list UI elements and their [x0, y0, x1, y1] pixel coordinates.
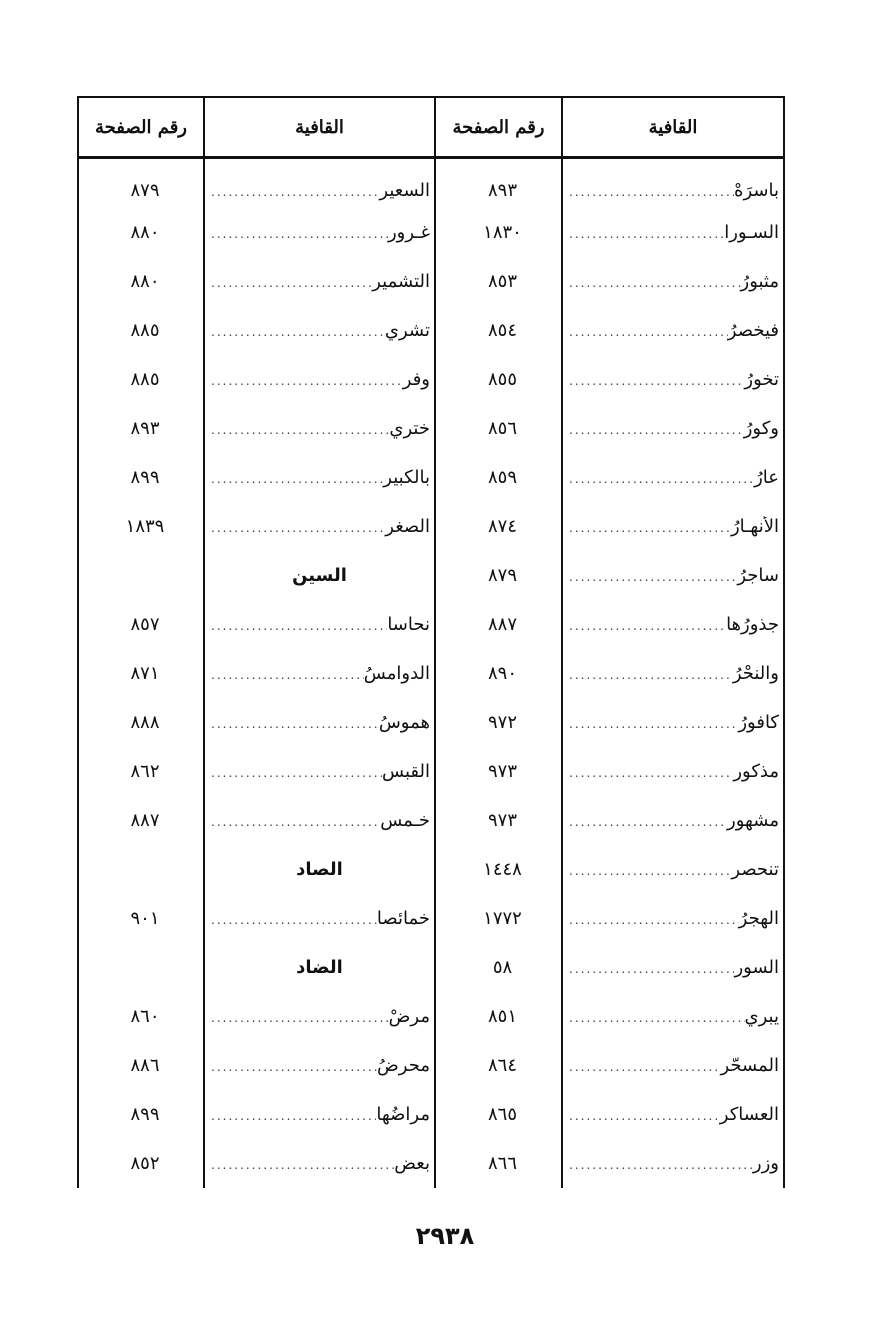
- page-number-cell-left: ٨٥٧: [78, 600, 204, 649]
- page-number-cell-right: ٨٨٧: [435, 600, 562, 649]
- rhyme-entry: غـرور: [211, 222, 430, 243]
- rhyme-word: يبري: [745, 1006, 779, 1027]
- table-row: وكورُ٨٥٦ختري٨٩٣: [78, 404, 784, 453]
- rhyme-cell-right: مذكور: [562, 747, 784, 796]
- table-row: يبري٨٥١مرضْ٨٦٠: [78, 992, 784, 1041]
- rhyme-word: الصغر: [385, 516, 430, 537]
- rhyme-word: المسحّر: [721, 1055, 780, 1076]
- table-row: فيخصرُ٨٥٤تشري٨٨٥: [78, 306, 784, 355]
- rhyme-index-table: القافية رقم الصفحة القافية رقم الصفحة با…: [77, 96, 785, 1188]
- rhyme-entry: العساكرِ: [569, 1104, 779, 1125]
- dot-leader: [569, 374, 744, 388]
- rhyme-entry: السـورا: [569, 222, 779, 243]
- rhyme-entry: خـمسِ: [211, 810, 430, 831]
- section-heading: الضاد: [204, 943, 435, 992]
- rhyme-entry: مرضْ: [211, 1006, 430, 1027]
- table-row: باسرَهْ٨٩٣السعير٨٧٩: [78, 158, 784, 209]
- rhyme-entry: مراضُها: [211, 1104, 430, 1125]
- page-number-cell-right: ٨٦٤: [435, 1041, 562, 1090]
- rhyme-word: باسرَهْ: [734, 180, 779, 201]
- table-header-row: القافية رقم الصفحة القافية رقم الصفحة: [78, 97, 784, 158]
- table-row: كافورُ٩٧٢هموسُ٨٨٨: [78, 698, 784, 747]
- rhyme-word: الهجرُ: [739, 908, 779, 929]
- page-number-cell-right: ٩٧٣: [435, 747, 562, 796]
- dot-leader: [569, 325, 728, 339]
- rhyme-cell-right: وزرِ: [562, 1139, 784, 1188]
- header-page-left: رقم الصفحة: [78, 97, 204, 158]
- rhyme-cell-right: السـورا: [562, 208, 784, 257]
- page-number-cell-right: ٨٥٣: [435, 257, 562, 306]
- rhyme-word: وزرِ: [753, 1153, 779, 1174]
- page-number-cell-left: ٨٨٠: [78, 208, 204, 257]
- dot-leader: [211, 185, 379, 199]
- rhyme-word: كافورُ: [738, 712, 779, 733]
- rhyme-word: وفرِ: [403, 369, 430, 390]
- table-row: السـورا١٨٣٠غـرور٨٨٠: [78, 208, 784, 257]
- rhyme-entry: يبري: [569, 1006, 779, 1027]
- rhyme-cell-left: بالكبير: [204, 453, 435, 502]
- table-row: تخورُ٨٥٥وفرِ٨٨٥: [78, 355, 784, 404]
- page-number-cell-left: ٨٦٠: [78, 992, 204, 1041]
- page-number-cell-left: ٨٨٧: [78, 796, 204, 845]
- rhyme-cell-right: وكورُ: [562, 404, 784, 453]
- rhyme-word: خـمسِ: [380, 810, 430, 831]
- dot-leader: [569, 185, 734, 199]
- rhyme-cell-right: تنحصر: [562, 845, 784, 894]
- dot-leader: [211, 521, 385, 535]
- rhyme-word: مرضْ: [389, 1006, 430, 1027]
- rhyme-word: السورِ: [734, 957, 779, 978]
- rhyme-entry: تنحصر: [569, 859, 779, 880]
- rhyme-entry: وزرِ: [569, 1153, 779, 1174]
- rhyme-cell-left: هموسُ: [204, 698, 435, 747]
- rhyme-entry: مثبورُ: [569, 271, 779, 292]
- rhyme-word: والنحْرُ: [733, 663, 779, 684]
- dot-leader: [569, 276, 741, 290]
- rhyme-entry: نحاسا: [211, 614, 430, 635]
- section-heading: السين: [204, 551, 435, 600]
- rhyme-entry: الأنهـارُ: [569, 516, 779, 537]
- page-number-cell-right: ٨٧٩: [435, 551, 562, 600]
- rhyme-word: هموسُ: [379, 712, 430, 733]
- dot-leader: [211, 913, 377, 927]
- rhyme-entry: فيخصرُ: [569, 320, 779, 341]
- dot-leader: [211, 423, 389, 437]
- dot-leader: [211, 668, 364, 682]
- page-number-cell-right: ١٤٤٨: [435, 845, 562, 894]
- rhyme-cell-right: مثبورُ: [562, 257, 784, 306]
- rhyme-cell-left: القبسِ: [204, 747, 435, 796]
- dot-leader: [211, 227, 388, 241]
- dot-leader: [211, 325, 385, 339]
- rhyme-cell-right: عارُ: [562, 453, 784, 502]
- dot-leader: [211, 619, 387, 633]
- rhyme-entry: جذورُها: [569, 614, 779, 635]
- page-number-cell-right: ٨٩٠: [435, 649, 562, 698]
- rhyme-word: الأنهـارُ: [731, 516, 779, 537]
- page-number-cell-right: ٨٥٩: [435, 453, 562, 502]
- rhyme-cell-right: السورِ: [562, 943, 784, 992]
- rhyme-word: تنحصر: [731, 859, 779, 880]
- page-number-cell-right: ٨٥٤: [435, 306, 562, 355]
- page-number-cell-left: ٨٨٦: [78, 1041, 204, 1090]
- dot-leader: [569, 1109, 720, 1123]
- table-row: ساجرُ٨٧٩السين: [78, 551, 784, 600]
- rhyme-entry: السورِ: [569, 957, 779, 978]
- page-number-cell-right: ٨٦٦: [435, 1139, 562, 1188]
- rhyme-cell-left: السعير: [204, 158, 435, 209]
- rhyme-cell-left: ختري: [204, 404, 435, 453]
- dot-leader: [569, 815, 727, 829]
- rhyme-entry: تشري: [211, 320, 430, 341]
- rhyme-cell-left: بعضِ: [204, 1139, 435, 1188]
- rhyme-word: محرضُ: [377, 1055, 430, 1076]
- table-row: تنحصر١٤٤٨الصاد: [78, 845, 784, 894]
- page-number: ٢٩٣٨: [0, 1222, 890, 1250]
- rhyme-cell-left: خـمسِ: [204, 796, 435, 845]
- rhyme-entry: تخورُ: [569, 369, 779, 390]
- rhyme-word: بالكبير: [383, 467, 430, 488]
- page-number-cell-left: ٨٩٣: [78, 404, 204, 453]
- dot-leader: [211, 766, 382, 780]
- header-page-right: رقم الصفحة: [435, 97, 562, 158]
- table-row: والنحْرُ٨٩٠الدوامسُ٨٧١: [78, 649, 784, 698]
- page-number-cell-left: ٨٨٠: [78, 257, 204, 306]
- rhyme-cell-right: يبري: [562, 992, 784, 1041]
- page-number-cell-right: ١٧٧٢: [435, 894, 562, 943]
- table-row: الهجرُ١٧٧٢خمائصا٩٠١: [78, 894, 784, 943]
- rhyme-entry: عارُ: [569, 467, 779, 488]
- rhyme-cell-right: العساكرِ: [562, 1090, 784, 1139]
- dot-leader: [569, 766, 733, 780]
- page-number-cell-right: ٨٩٣: [435, 158, 562, 209]
- page-number-cell-right: ١٨٣٠: [435, 208, 562, 257]
- page-number-cell-left: ٨٧١: [78, 649, 204, 698]
- dot-leader: [569, 668, 733, 682]
- page-number-cell-left: ٨٥٢: [78, 1139, 204, 1188]
- dot-leader: [569, 962, 734, 976]
- rhyme-entry: السعير: [211, 180, 430, 201]
- table-row: جذورُها٨٨٧نحاسا٨٥٧: [78, 600, 784, 649]
- rhyme-cell-left: تشري: [204, 306, 435, 355]
- page-number-cell-left: [78, 551, 204, 600]
- page-number-cell-left: ٩٠١: [78, 894, 204, 943]
- page-number-cell-right: ٩٧٣: [435, 796, 562, 845]
- dot-leader: [569, 423, 744, 437]
- table-row: الأنهـارُ٨٧٤الصغر١٨٣٩: [78, 502, 784, 551]
- table-row: مشهور٩٧٣خـمسِ٨٨٧: [78, 796, 784, 845]
- dot-leader: [211, 717, 379, 731]
- rhyme-word: العساكرِ: [720, 1104, 779, 1125]
- page-number-cell-left: [78, 845, 204, 894]
- page-number-cell-left: ٨٨٥: [78, 355, 204, 404]
- rhyme-entry: باسرَهْ: [569, 180, 779, 201]
- rhyme-cell-right: تخورُ: [562, 355, 784, 404]
- dot-leader: [569, 521, 731, 535]
- page-number-cell-right: ٥٨: [435, 943, 562, 992]
- rhyme-cell-left: التشمير: [204, 257, 435, 306]
- rhyme-entry: وفرِ: [211, 369, 430, 390]
- table-body: باسرَهْ٨٩٣السعير٨٧٩السـورا١٨٣٠غـرور٨٨٠مث…: [78, 158, 784, 1189]
- rhyme-cell-right: كافورُ: [562, 698, 784, 747]
- rhyme-word: السعير: [379, 180, 430, 201]
- rhyme-word: نحاسا: [387, 614, 430, 635]
- dot-leader: [569, 1011, 745, 1025]
- section-heading: الصاد: [204, 845, 435, 894]
- dot-leader: [211, 1109, 376, 1123]
- header-rhyme-right: القافية: [562, 97, 784, 158]
- dot-leader: [211, 472, 383, 486]
- page-number-cell-right: ٨٦٥: [435, 1090, 562, 1139]
- rhyme-entry: التشمير: [211, 271, 430, 292]
- dot-leader: [211, 1011, 389, 1025]
- page-number-cell-right: ٩٧٢: [435, 698, 562, 747]
- rhyme-word: التشمير: [372, 271, 430, 292]
- rhyme-entry: بالكبير: [211, 467, 430, 488]
- rhyme-entry: كافورُ: [569, 712, 779, 733]
- rhyme-cell-left: الصغر: [204, 502, 435, 551]
- rhyme-cell-left: نحاسا: [204, 600, 435, 649]
- index-page: القافية رقم الصفحة القافية رقم الصفحة با…: [79, 96, 785, 1188]
- rhyme-cell-left: مراضُها: [204, 1090, 435, 1139]
- page-number-cell-left: ٨٩٩: [78, 453, 204, 502]
- page-number-cell-left: ٨٦٢: [78, 747, 204, 796]
- rhyme-cell-left: الدوامسُ: [204, 649, 435, 698]
- rhyme-word: ختري: [389, 418, 430, 439]
- dot-leader: [569, 227, 724, 241]
- rhyme-entry: الهجرُ: [569, 908, 779, 929]
- dot-leader: [569, 570, 737, 584]
- rhyme-entry: هموسُ: [211, 712, 430, 733]
- table-row: مثبورُ٨٥٣التشمير٨٨٠: [78, 257, 784, 306]
- rhyme-entry: المسحّر: [569, 1055, 779, 1076]
- dot-leader: [569, 619, 726, 633]
- rhyme-cell-left: وفرِ: [204, 355, 435, 404]
- rhyme-cell-right: باسرَهْ: [562, 158, 784, 209]
- rhyme-cell-right: الهجرُ: [562, 894, 784, 943]
- page-number-cell-right: ٨٥٦: [435, 404, 562, 453]
- rhyme-cell-right: مشهور: [562, 796, 784, 845]
- rhyme-word: جذورُها: [726, 614, 779, 635]
- rhyme-entry: خمائصا: [211, 908, 430, 929]
- dot-leader: [569, 913, 739, 927]
- table-row: عارُ٨٥٩بالكبير٨٩٩: [78, 453, 784, 502]
- rhyme-cell-left: مرضْ: [204, 992, 435, 1041]
- rhyme-entry: ساجرُ: [569, 565, 779, 586]
- rhyme-word: عارُ: [754, 467, 779, 488]
- dot-leader: [569, 1158, 753, 1172]
- page-number-cell-left: ٨٧٩: [78, 158, 204, 209]
- table-row: المسحّر٨٦٤محرضُ٨٨٦: [78, 1041, 784, 1090]
- page-number-cell-right: ٨٥٥: [435, 355, 562, 404]
- table-row: السورِ٥٨الضاد: [78, 943, 784, 992]
- dot-leader: [569, 1060, 721, 1074]
- rhyme-entry: مشهور: [569, 810, 779, 831]
- page-number-cell-left: ٨٨٥: [78, 306, 204, 355]
- rhyme-cell-right: فيخصرُ: [562, 306, 784, 355]
- rhyme-entry: القبسِ: [211, 761, 430, 782]
- rhyme-entry: بعضِ: [211, 1153, 430, 1174]
- table-row: وزرِ٨٦٦بعضِ٨٥٢: [78, 1139, 784, 1188]
- rhyme-word: القبسِ: [382, 761, 430, 782]
- rhyme-word: السـورا: [724, 222, 779, 243]
- rhyme-entry: ختري: [211, 418, 430, 439]
- dot-leader: [211, 815, 380, 829]
- dot-leader: [569, 864, 731, 878]
- rhyme-entry: وكورُ: [569, 418, 779, 439]
- rhyme-cell-right: جذورُها: [562, 600, 784, 649]
- rhyme-word: مثبورُ: [741, 271, 780, 292]
- page-number-cell-left: ٨٩٩: [78, 1090, 204, 1139]
- page-number-cell-left: ١٨٣٩: [78, 502, 204, 551]
- rhyme-word: مراضُها: [376, 1104, 430, 1125]
- dot-leader: [211, 1060, 377, 1074]
- rhyme-cell-left: محرضُ: [204, 1041, 435, 1090]
- page-number-cell-right: ٨٥١: [435, 992, 562, 1041]
- rhyme-word: تخورُ: [744, 369, 779, 390]
- rhyme-cell-right: والنحْرُ: [562, 649, 784, 698]
- rhyme-word: فيخصرُ: [728, 320, 779, 341]
- rhyme-word: غـرور: [388, 222, 430, 243]
- rhyme-entry: الصغر: [211, 516, 430, 537]
- dot-leader: [569, 472, 754, 486]
- rhyme-entry: محرضُ: [211, 1055, 430, 1076]
- rhyme-entry: والنحْرُ: [569, 663, 779, 684]
- rhyme-word: خمائصا: [377, 908, 430, 929]
- dot-leader: [211, 276, 372, 290]
- rhyme-cell-right: الأنهـارُ: [562, 502, 784, 551]
- dot-leader: [211, 1158, 394, 1172]
- page-number-cell-left: [78, 943, 204, 992]
- rhyme-cell-left: غـرور: [204, 208, 435, 257]
- rhyme-word: مذكور: [733, 761, 779, 782]
- page-number-cell-left: ٨٨٨: [78, 698, 204, 747]
- rhyme-entry: مذكور: [569, 761, 779, 782]
- rhyme-word: تشري: [385, 320, 430, 341]
- dot-leader: [569, 717, 738, 731]
- page-number-cell-right: ٨٧٤: [435, 502, 562, 551]
- rhyme-entry: الدوامسُ: [211, 663, 430, 684]
- rhyme-cell-right: ساجرُ: [562, 551, 784, 600]
- rhyme-cell-right: المسحّر: [562, 1041, 784, 1090]
- rhyme-word: الدوامسُ: [364, 663, 430, 684]
- rhyme-cell-left: خمائصا: [204, 894, 435, 943]
- header-rhyme-left: القافية: [204, 97, 435, 158]
- rhyme-word: بعضِ: [394, 1153, 430, 1174]
- table-row: مذكور٩٧٣القبسِ٨٦٢: [78, 747, 784, 796]
- rhyme-word: مشهور: [727, 810, 779, 831]
- rhyme-word: وكورُ: [744, 418, 779, 439]
- rhyme-word: ساجرُ: [737, 565, 779, 586]
- dot-leader: [211, 374, 403, 388]
- table-row: العساكرِ٨٦٥مراضُها٨٩٩: [78, 1090, 784, 1139]
